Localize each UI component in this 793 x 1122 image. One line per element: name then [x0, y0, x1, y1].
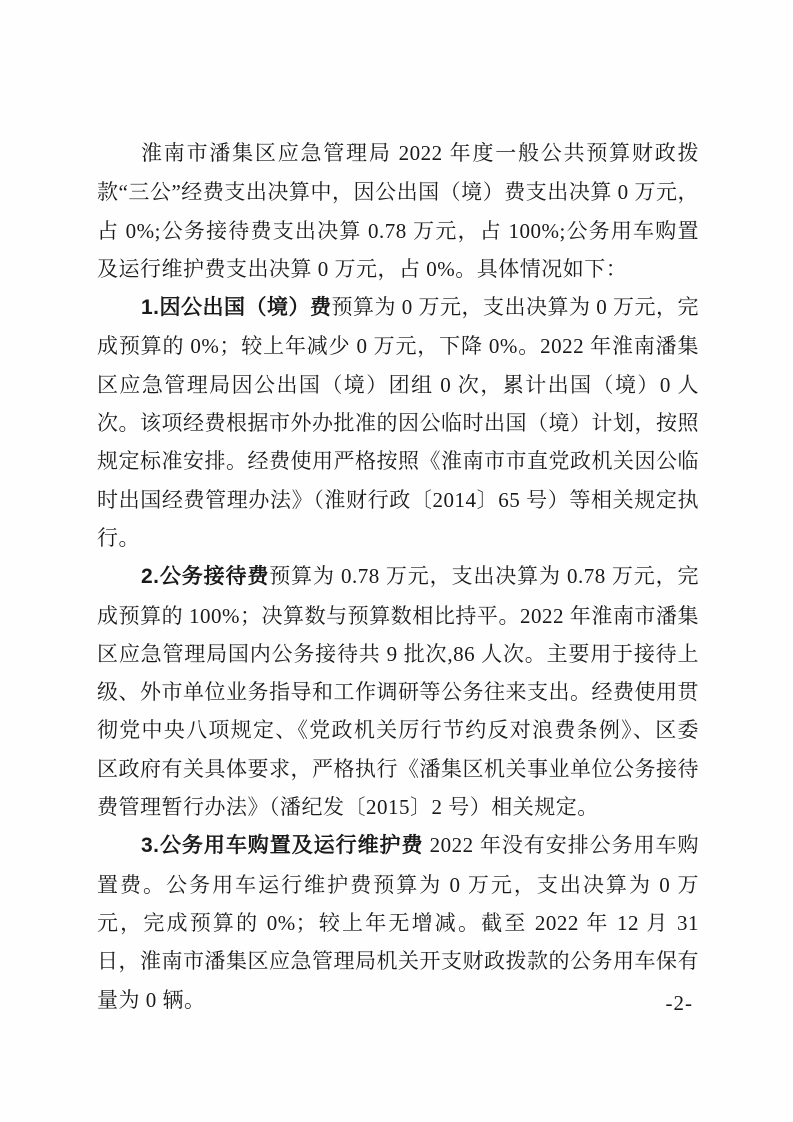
paragraph-summary: 淮南市潘集区应急管理局 2022 年度一般公共预算财政拨款“三公”经费支出决算中… [97, 134, 699, 288]
paragraph-lead: 1.因公出国（境）费 [141, 296, 332, 319]
paragraph-lead: 3.公务用车购置及运行维护费 [141, 834, 423, 857]
page-number: -2- [666, 991, 694, 1016]
paragraph-text: 2022 年没有安排公务用车购置费。公务用车运行维护费预算为 0 万元，支出决算… [97, 833, 699, 1011]
paragraph-text: 预算为 0.78 万元，支出决算为 0.78 万元，完成预算的 100%；决算数… [97, 564, 699, 819]
paragraph-text: 淮南市潘集区应急管理局 2022 年度一般公共预算财政拨款“三公”经费支出决算中… [97, 141, 699, 281]
paragraph-item-1-abroad-expense: 1.因公出国（境）费预算为 0 万元，支出决算为 0 万元，完成预算的 0%；较… [97, 288, 699, 557]
document-page: 淮南市潘集区应急管理局 2022 年度一般公共预算财政拨款“三公”经费支出决算中… [0, 0, 793, 1122]
paragraph-lead: 2.公务接待费 [141, 565, 269, 588]
paragraph-item-3-vehicle-expense: 3.公务用车购置及运行维护费 2022 年没有安排公务用车购置费。公务用车运行维… [97, 826, 699, 1018]
paragraph-item-2-reception-expense: 2.公务接待费预算为 0.78 万元，支出决算为 0.78 万元，完成预算的 1… [97, 557, 699, 826]
document-body: 淮南市潘集区应急管理局 2022 年度一般公共预算财政拨款“三公”经费支出决算中… [97, 134, 699, 1019]
paragraph-text: 预算为 0 万元，支出决算为 0 万元，完成预算的 0%；较上年减少 0 万元，… [97, 295, 699, 550]
